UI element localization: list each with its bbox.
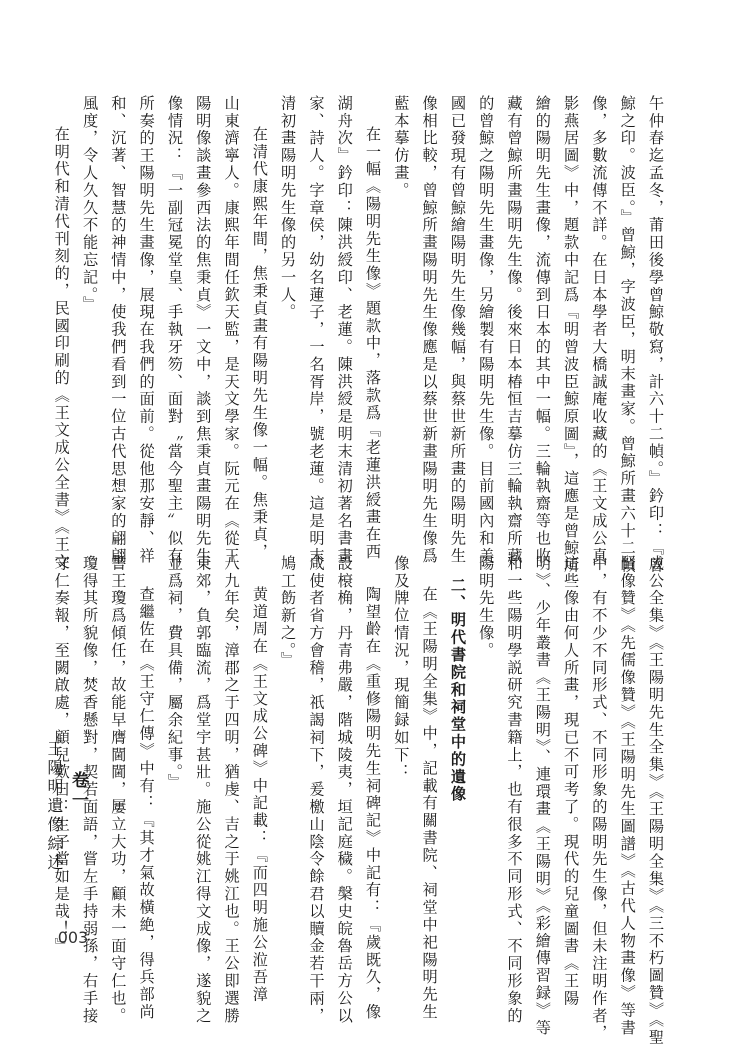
text-column: 清初畫陽明先生像的另一人。 <box>274 95 302 540</box>
text-column: 國已發現有曾鯨繪陽明先生像幾幅，與蔡世新所畫的陽明先生 <box>444 95 472 540</box>
section-heading: 二、明代書院和祠堂中的遺像 <box>444 555 472 985</box>
text-column: 像情況：『一副冠冕堂皇、手執牙笏、面對〝當今聖主〞似有 <box>161 95 189 540</box>
page-number: 003 <box>55 928 91 947</box>
text-column: 和、沉著、智慧的神情中，使我們看到一位古代思想家的翩翩 <box>104 95 132 540</box>
text-column: 東郊，負郭臨流，爲堂宇甚壯。施公從姚江得文成像，遂貌之 <box>189 555 217 985</box>
text-column: 風度，令人久久不能忘記。』 <box>76 95 104 540</box>
text-column: 鳩工飭新之。』 <box>274 555 302 985</box>
text-column: 所奏的王陽明先生畫像，展現在我們的面前。從他那安靜、祥 <box>132 95 160 540</box>
text-column: 中，有不少不同形式、不同形象的陽明先生像，但未注明作者， <box>585 555 613 985</box>
text-column: 像相比較，曾鯨所畫陽明先生像應是以蔡世新畫陽明先生像爲 <box>415 95 443 540</box>
text-column: 藏有曾鯨所畫陽明先生像。後來日本椿恒吉摹仿三輪執齋所藏 <box>500 95 528 540</box>
text-column: 繪的陽明先生畫像，流傳到日本的其中一幅。三輪執齋等也收 <box>529 95 557 540</box>
text-column: 像及牌位情況，現簡録如下： <box>387 555 415 985</box>
chapter-title: 王陽明遺像綜述 <box>43 740 66 873</box>
text-column: 山東濟寧人。康熙年間任欽天監，是天文學家。阮元在《從王 <box>217 95 245 540</box>
paragraph-start-column: 在明代和清代刊刻的，民國印刷的《王文成公全書》《王文 <box>47 95 75 540</box>
text-column: 陽明先生像。 <box>472 555 500 985</box>
book-page: 午仲春迄孟冬，莆田後學曾鯨敬寫，計六十二幀。』鈐印：『曾 鯨之印。波臣。』曾鯨，… <box>0 0 750 1044</box>
text-column: 明》、少年叢書《王陽明》、連環畫《王陽明》《彩繪傳習録》等 <box>529 555 557 985</box>
paragraph-start-column: 查繼佐在《王守仁傳》中有：『其才氣故橫絶，得兵部尚 <box>132 555 160 985</box>
text-column: 像，多數流傳不詳。在日本學者大橋誠庵收藏的《王文成公真 <box>585 95 613 540</box>
paragraph-start-column: 在一幅《陽明先生像》題款中，落款爲『老蓮洪綬畫在西 <box>359 95 387 540</box>
text-column: 八九年矣，漳郡之于四明，猶虔、吉之于姚江也。王公即選勝 <box>217 555 245 985</box>
text-block-top: 午仲春迄孟冬，莆田後學曾鯨敬寫，計六十二幀。』鈐印：『曾 鯨之印。波臣。』曾鯨，… <box>90 95 670 540</box>
text-column: 這些像由何人所畫，現已不可考了。現代的兒童圖書《王陽 <box>557 555 585 985</box>
text-column: 陽明像談畫參西法的焦秉貞》一文中，談到焦秉貞畫陽明先生 <box>189 95 217 540</box>
paragraph-start-column: 在《王陽明全集》中，記載有關書院、祠堂中祀陽明先生 <box>415 555 443 985</box>
text-column: 賢像贊》《先儒像贊》《王陽明先生圖譜》《古代人物畫像》等書 <box>613 555 641 985</box>
text-column: 成公全集》《王陽明先生全集》《王陽明全集》《三不朽圖贊》《聖 <box>642 555 670 985</box>
paragraph-start-column: 黄道周在《王文成公碑》中記載：『而四明施公涖吾漳 <box>246 555 274 985</box>
text-block-bottom: 成公全集》《王陽明先生全集》《王陽明全集》《三不朽圖贊》《聖 賢像贊》《先儒像贊… <box>90 555 670 985</box>
text-column: 午仲春迄孟冬，莆田後學曾鯨敬寫，計六十二幀。』鈐印：『曾 <box>642 95 670 540</box>
text-column: 書王瓊爲傾任，故能早膺閫閫，屢立大功，顧未一面守仁也。 <box>104 555 132 985</box>
text-column: 咸使者省方會稽，祇謁祠下，爰檄山陰令餘君以贖金若干兩， <box>302 555 330 985</box>
text-column: 影燕居圖》中，題款中記爲『明曾波臣鯨原圖』，這應是曾鯨所 <box>557 95 585 540</box>
paragraph-start-column: 在清代康熙年間，焦秉貞畫有陽明先生像一幅。焦秉貞， <box>246 95 274 540</box>
text-column: 和一些陽明學説研究書籍上，也有很多不同形式、不同形象的 <box>500 555 528 985</box>
text-column: 設榱桷，丹青弗嚴，階城陵夷，垣記庭穢。槃史皖魯岳方公以 <box>330 555 358 985</box>
text-column: 家、詩人。字章侯，幼名蓮子，一名胥岸，號老蓮。這是明末 <box>302 95 330 540</box>
page-footer: 卷一 王陽明遺像綜述 003 <box>55 728 91 873</box>
text-column: 的曾鯨之陽明先生畫像，另繪製有陽明先生像。目前國內和美 <box>472 95 500 540</box>
paragraph-start-column: 陶望齡在《重修陽明先生祠碑記》中記有：『歲既久，像 <box>359 555 387 985</box>
text-column: 藍本摹仿畫。 <box>387 95 415 540</box>
text-column: 湖舟次』鈐印：陳洪綬印、老蓮。陳洪綬是明末清初著名書畫 <box>330 95 358 540</box>
text-column: 鯨之印。波臣。』曾鯨，字波臣，明末畫家。曾鯨所畫六十二幀 <box>613 95 641 540</box>
text-column: 並爲祠，費具備，屬余紀事。』 <box>161 555 189 985</box>
volume-label: 卷一 <box>66 771 91 831</box>
